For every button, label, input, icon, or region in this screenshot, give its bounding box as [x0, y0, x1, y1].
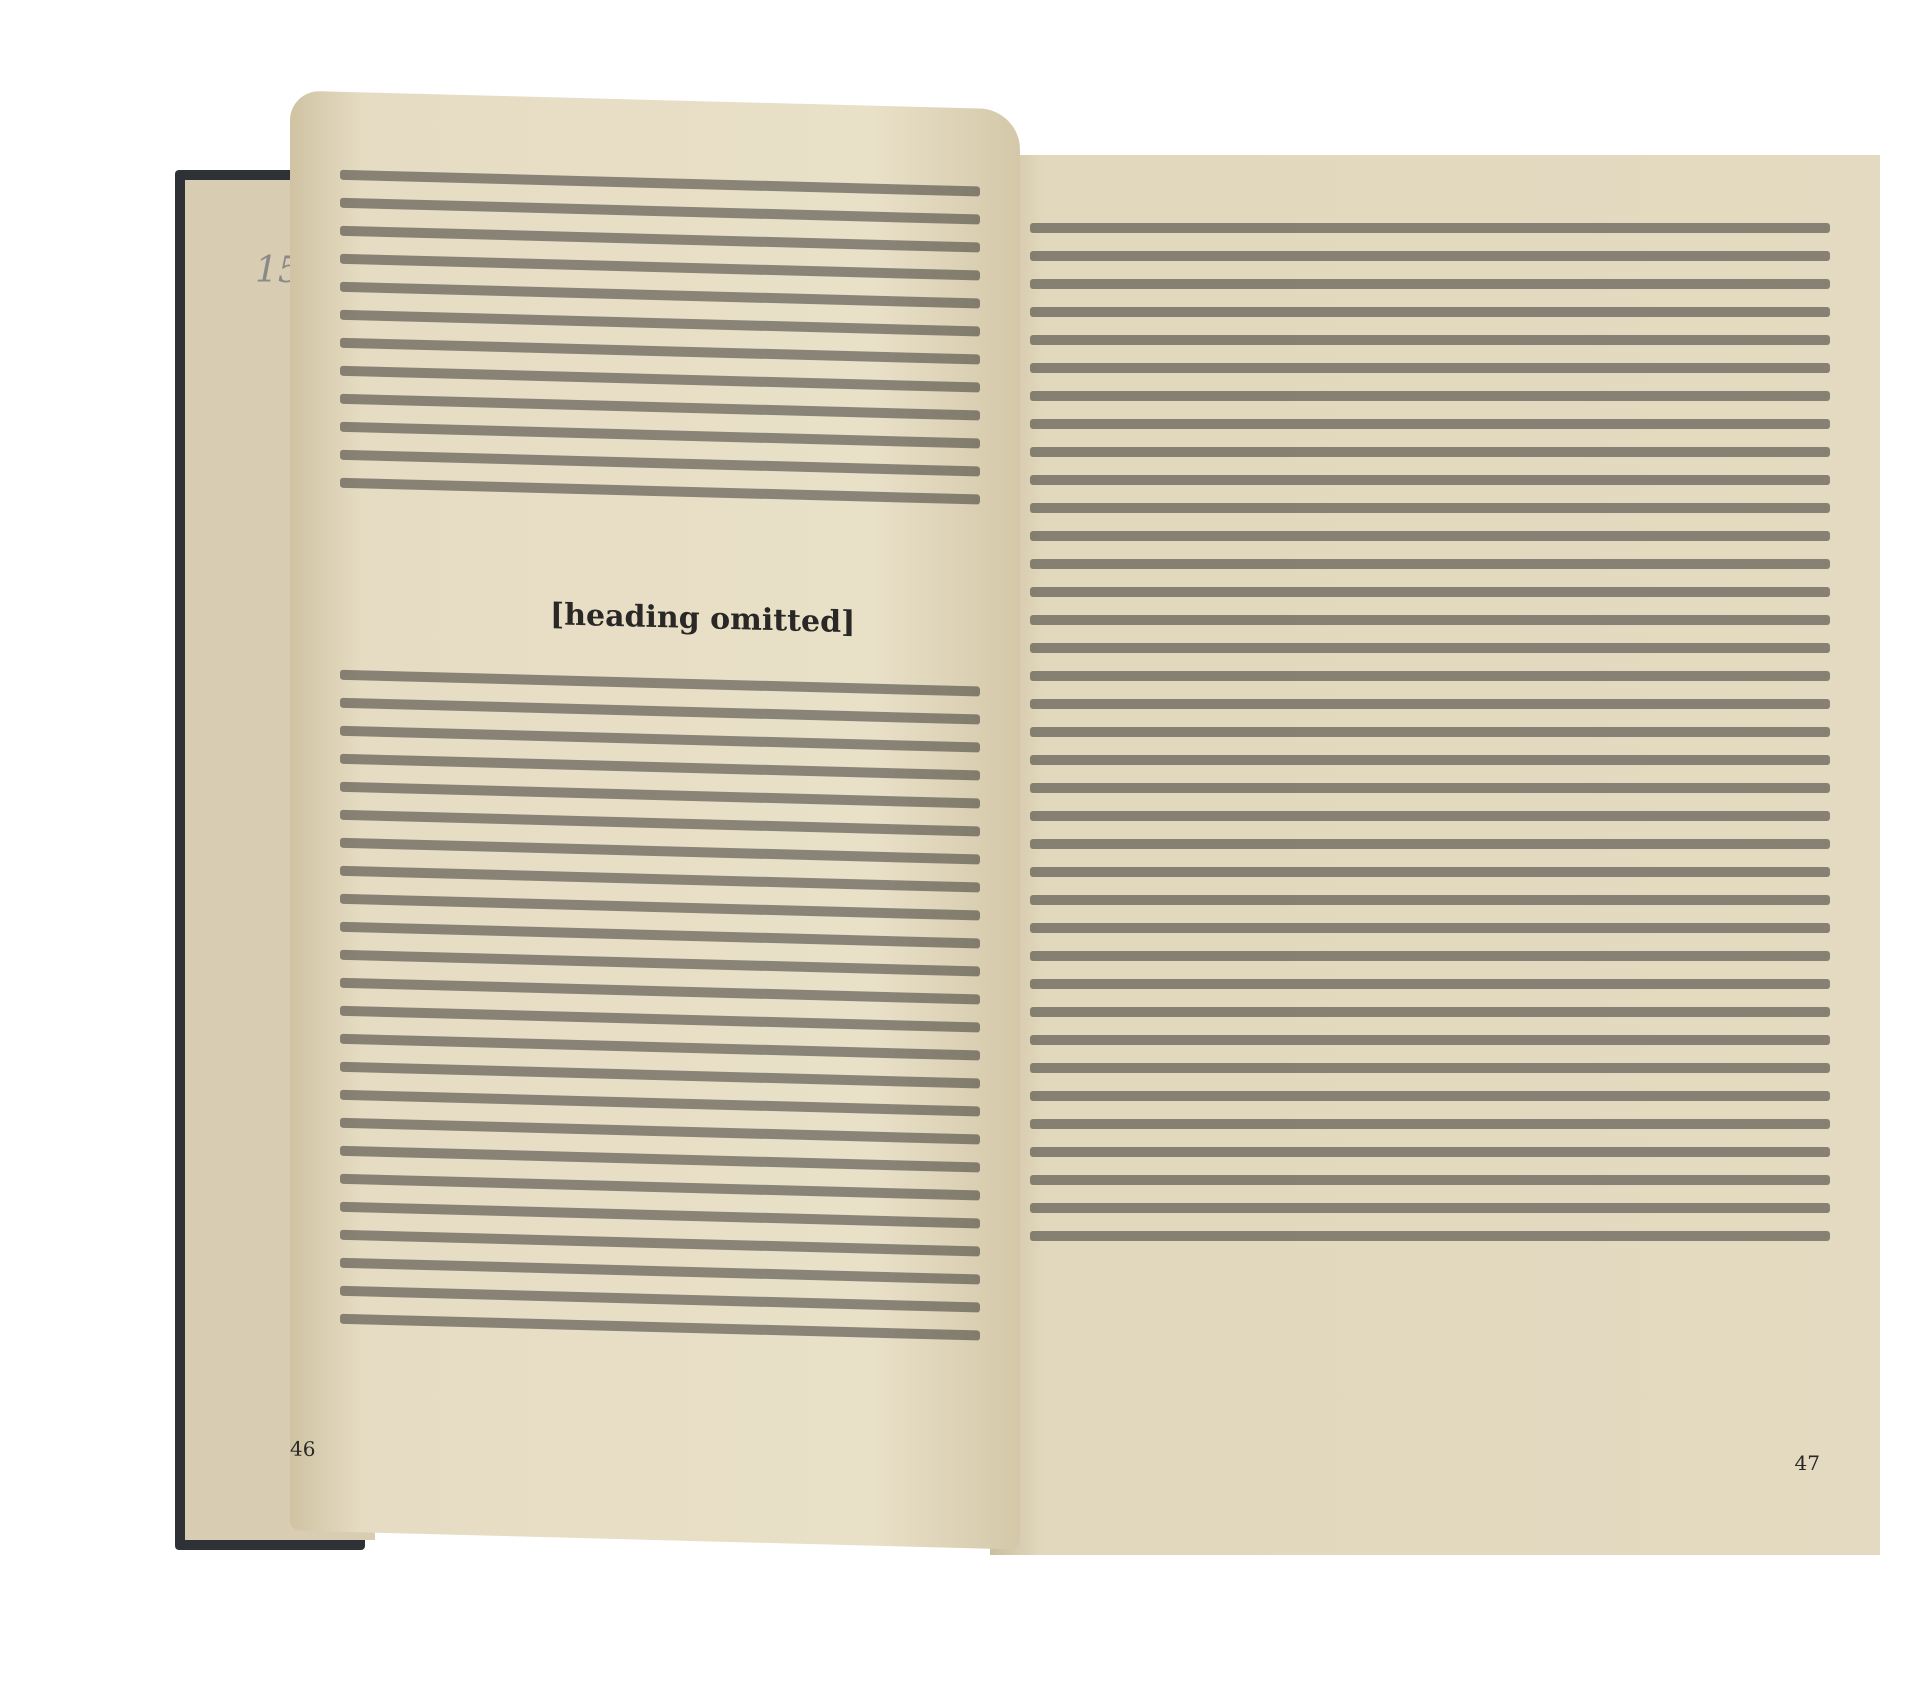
left-page-text-block-top [340, 152, 980, 523]
page-number-right: 47 [1795, 1451, 1820, 1475]
right-page-text-block [1030, 205, 1830, 1259]
right-page: 47 [990, 155, 1880, 1555]
section-heading: [heading omitted] [550, 597, 855, 640]
page-number-left: 46 [290, 1436, 315, 1461]
left-page-text-block-bottom [340, 652, 980, 1359]
left-page: [heading omitted] 46 [290, 90, 1020, 1549]
